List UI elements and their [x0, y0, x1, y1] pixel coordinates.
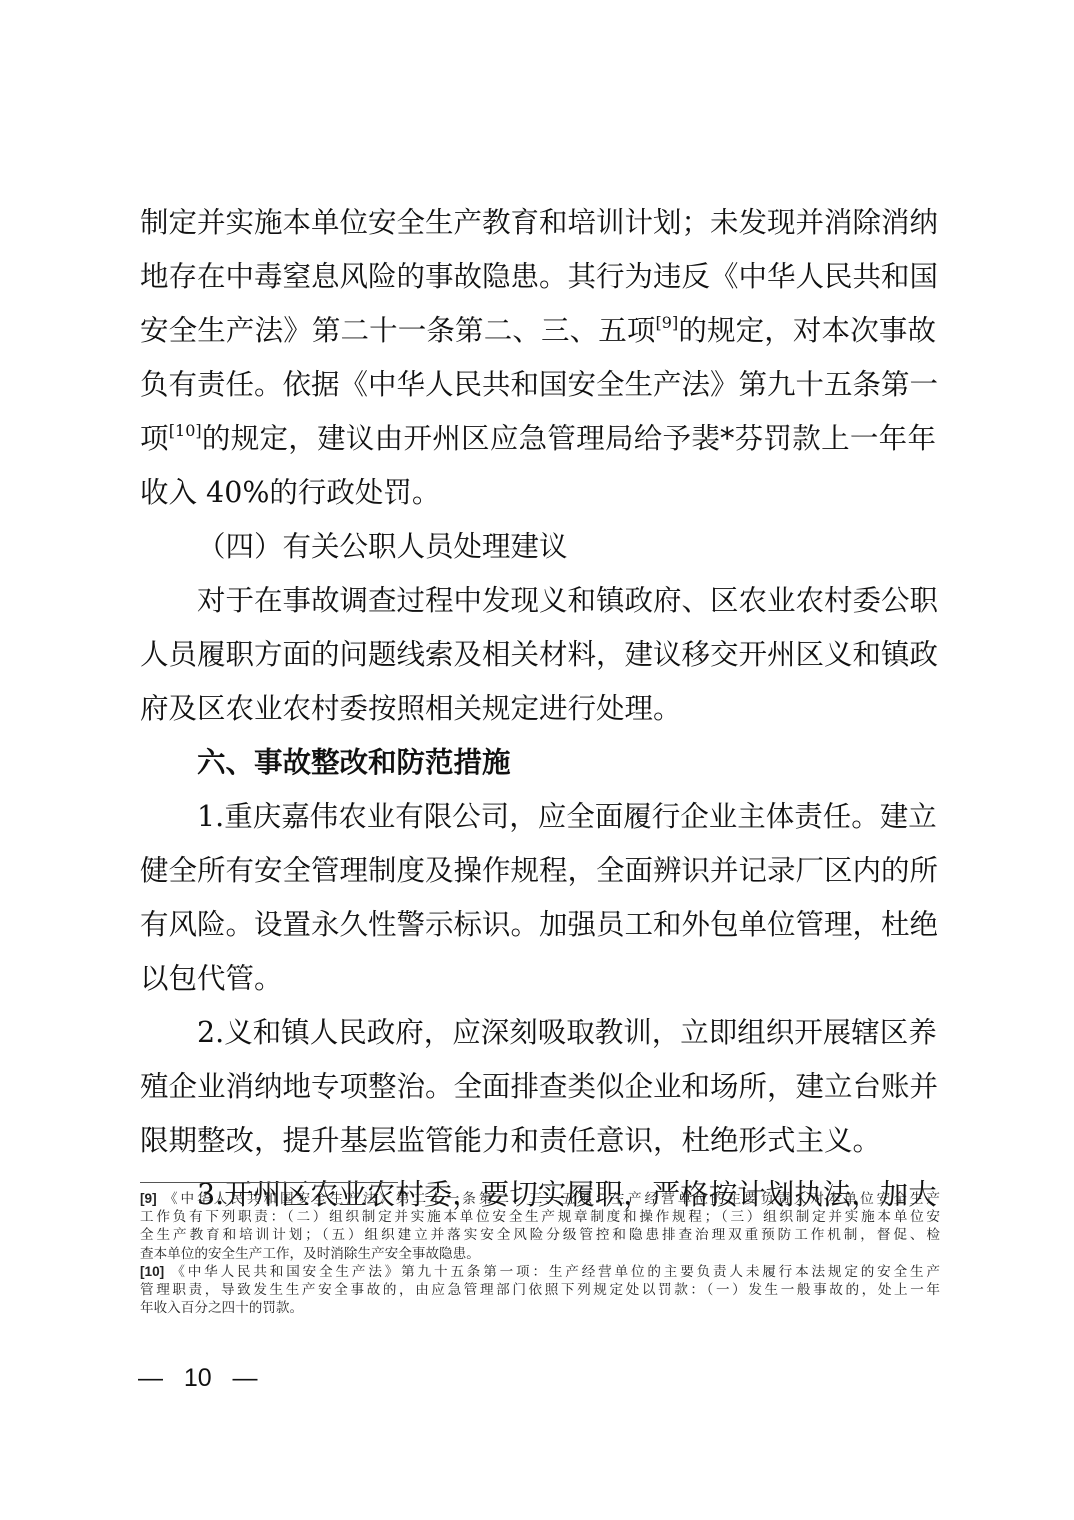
footnote-line: [9] 《中华人民共和国安全生产法》第二十一条第二、三、五项：生产经营单位的主要…	[140, 1190, 940, 1208]
footnote-text: 《中华人民共和国安全生产法》第九十五条第一项：生产经营单位的主要负责人未履行本法…	[171, 1264, 940, 1280]
footnote-ref-9[interactable]: [9]	[656, 313, 679, 332]
body-line: 以包代管。	[140, 952, 936, 1006]
body-line: 限期整改，提升基层监管能力和责任意识，杜绝形式主义。	[140, 1114, 936, 1168]
body-line: 安全生产法》第二十一条第二、三、五项[9]的规定，对本次事故	[140, 304, 936, 358]
body-line-text: 项	[140, 422, 169, 455]
footnote-ref-10[interactable]: [10]	[169, 421, 202, 440]
footnote-line: 年收入百分之四十的罚款。	[140, 1299, 940, 1317]
footnote-9: [9] 《中华人民共和国安全生产法》第二十一条第二、三、五项：生产经营单位的主要…	[140, 1190, 940, 1263]
section-heading-6: 六、事故整改和防范措施	[140, 736, 936, 790]
body-line: 2.义和镇人民政府，应深刻吸取教训，立即组织开展辖区养	[140, 1006, 936, 1060]
body-line-text: 安全生产法》第二十一条第二、三、五项	[140, 314, 656, 347]
page-number: — 10 —	[138, 1362, 258, 1394]
footnote-line: 管理职责，导致发生生产安全事故的，由应急管理部门依照下列规定处以罚款：（一）发生…	[140, 1281, 940, 1299]
body-line: 制定并实施本单位安全生产教育和培训计划；未发现并消除消纳	[140, 196, 936, 250]
footnote-line: 查本单位的安全生产工作，及时消除生产安全事故隐患。	[140, 1245, 940, 1263]
body-line: 地存在中毒窒息风险的事故隐患。其行为违反《中华人民共和国	[140, 250, 936, 304]
body-line: 健全所有安全管理制度及操作规程，全面辨识并记录厂区内的所	[140, 844, 936, 898]
footnote-line: 全生产教育和培训计划；（五）组织建立并落实安全风险分级管控和隐患排查治理双重预防…	[140, 1226, 940, 1244]
body-line: 对于在事故调查过程中发现义和镇政府、区农业农村委公职	[140, 574, 936, 628]
footnote-line: [10] 《中华人民共和国安全生产法》第九十五条第一项：生产经营单位的主要负责人…	[140, 1263, 940, 1281]
footnote-mark: [9]	[140, 1191, 157, 1206]
body-line: 殖企业消纳地专项整治。全面排查类似企业和场所，建立台账并	[140, 1060, 936, 1114]
body-line: 项[10]的规定，建议由开州区应急管理局给予裴*芬罚款上一年年	[140, 412, 936, 466]
body-line-text: 的规定，对本次事故	[678, 314, 936, 347]
document-page: 制定并实施本单位安全生产教育和培训计划；未发现并消除消纳 地存在中毒窒息风险的事…	[0, 0, 1074, 1520]
body-line: 收入 40%的行政处罚。	[140, 466, 936, 520]
body-line: 有风险。设置永久性警示标识。加强员工和外包单位管理，杜绝	[140, 898, 936, 952]
page-number-dash-left: —	[138, 1364, 163, 1392]
body-line: 1.重庆嘉伟农业有限公司，应全面履行企业主体责任。建立	[140, 790, 936, 844]
body-line: 负有责任。依据《中华人民共和国安全生产法》第九十五条第一	[140, 358, 936, 412]
footnotes: [9] 《中华人民共和国安全生产法》第二十一条第二、三、五项：生产经营单位的主要…	[140, 1190, 940, 1317]
footnote-10: [10] 《中华人民共和国安全生产法》第九十五条第一项：生产经营单位的主要负责人…	[140, 1263, 940, 1318]
footnote-text: 《中华人民共和国安全生产法》第二十一条第二、三、五项：生产经营单位的主要负责人对…	[164, 1191, 940, 1207]
section-heading-4: （四）有关公职人员处理建议	[140, 520, 936, 574]
footnote-divider	[140, 1182, 398, 1183]
footnote-line: 工作负有下列职责：（二）组织制定并实施本单位安全生产规章制度和操作规程；（三）组…	[140, 1208, 940, 1226]
page-number-dash-right: —	[233, 1364, 258, 1392]
body-line: 府及区农业农村委按照相关规定进行处理。	[140, 682, 936, 736]
body-line-text: 的规定，建议由开州区应急管理局给予裴*芬罚款上一年年	[202, 422, 936, 455]
page-number-value: 10	[184, 1364, 212, 1392]
body-text: 制定并实施本单位安全生产教育和培训计划；未发现并消除消纳 地存在中毒窒息风险的事…	[140, 196, 936, 1222]
body-line: 人员履职方面的问题线索及相关材料，建议移交开州区义和镇政	[140, 628, 936, 682]
footnote-mark: [10]	[140, 1264, 164, 1279]
